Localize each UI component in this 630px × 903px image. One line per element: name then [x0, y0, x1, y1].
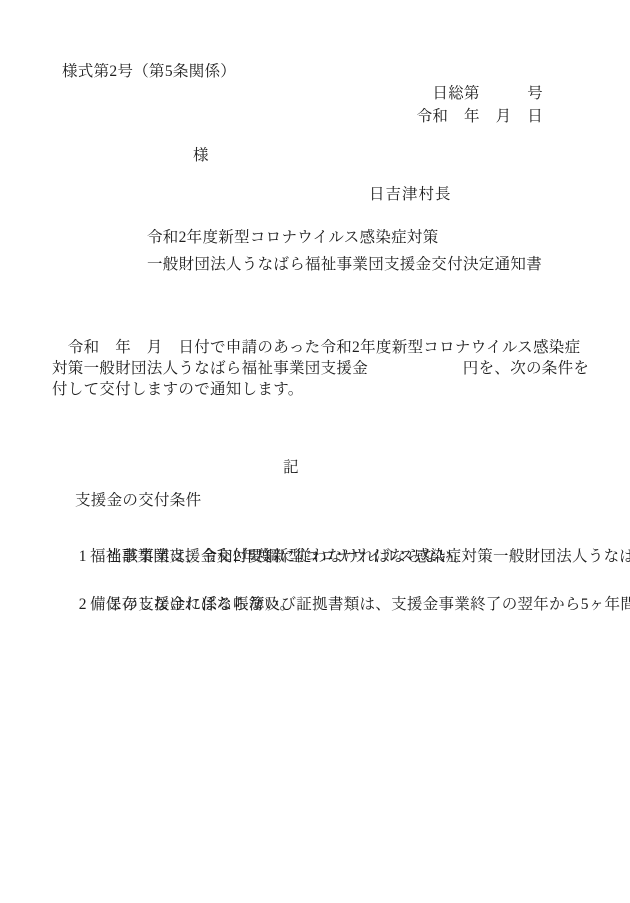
- body-paragraph-line3: 付して交付しますので通知します。: [52, 380, 304, 399]
- document-page: 様式第2号（第5条関係） 日総第 号 令和 年 月 日 様 日吉津村長 令和2年…: [0, 0, 630, 903]
- condition-item-1-line2: 福祉事業団支援金交付要綱に従わなければならない。: [90, 547, 469, 566]
- condition-item-2-line2: 備保存しなければならない。: [90, 595, 295, 614]
- record-marker: 記: [0, 458, 582, 477]
- addressee-honorific: 様: [193, 146, 209, 165]
- form-style-number: 様式第2号（第5条関係）: [62, 62, 236, 81]
- body-paragraph-line1: 令和 年 月 日付で申請のあった令和2年度新型コロナウイルス感染症: [52, 338, 580, 357]
- document-date-line: 令和 年 月 日: [417, 107, 543, 126]
- document-number-line: 日総第 号: [432, 84, 543, 103]
- body-paragraph-line2: 対策一般財団法人うなばら福祉事業団支援金 円を、次の条件を: [52, 359, 589, 378]
- document-title-line2: 一般財団法人うなばら福祉事業団支援金交付決定通知書: [147, 255, 542, 274]
- document-title-line1: 令和2年度新型コロナウイルス感染症対策: [147, 228, 439, 247]
- conditions-heading: 支援金の交付条件: [75, 491, 201, 510]
- sender-name: 日吉津村長: [369, 185, 452, 204]
